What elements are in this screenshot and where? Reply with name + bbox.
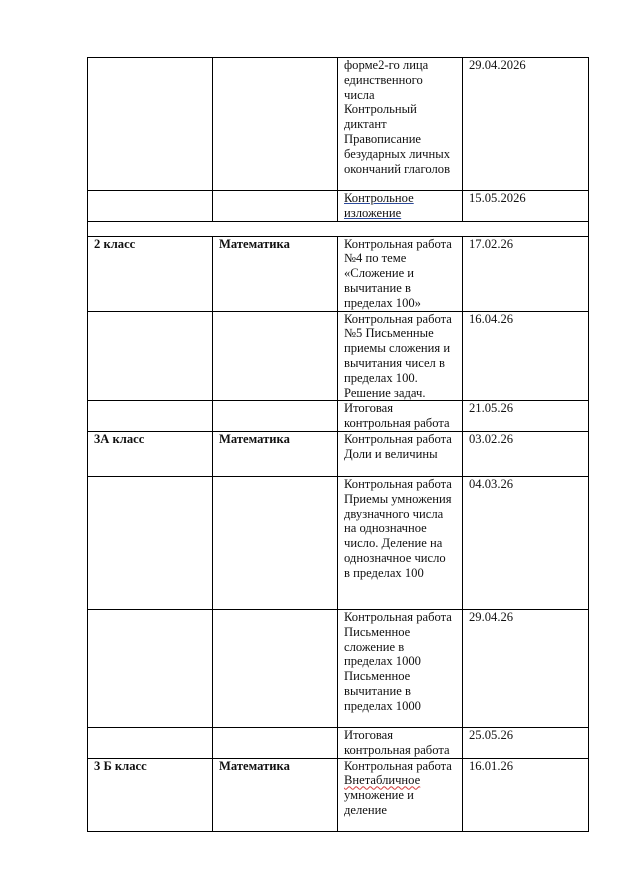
work-cell: Итоговая контрольная работа [338,401,463,432]
work-line: вычитания чисел в [344,356,456,371]
work-line: Приемы умножения [344,492,456,507]
work-line: числа [344,88,456,103]
work-line: вычитание в [344,684,456,699]
date-cell: 29.04.2026 [463,58,589,191]
work-cell: форме2-го лица единственного числа Контр… [338,58,463,191]
work-line: окончаний глаголов [344,162,456,177]
date-cell: 03.02.26 [463,431,589,476]
work-line: Правописание [344,132,456,147]
document-page: форме2-го лица единственного числа Контр… [0,0,629,891]
work-line: Контрольная работа [344,477,456,492]
table-row: Контрольная работа Письменное сложение в… [88,609,589,727]
date-cell: 25.05.26 [463,727,589,758]
work-cell: Контрольная работа №5 Письменные приемы … [338,311,463,401]
work-line: число. Деление на [344,536,456,551]
work-line: диктант [344,117,456,132]
subject-cell [213,401,338,432]
work-cell: Контрольное изложение [338,191,463,222]
work-line: Контрольная работа [344,312,456,327]
work-line: контрольная работа [344,416,456,431]
table-row: Контрольная работа №5 Письменные приемы … [88,311,589,401]
date-cell: 04.03.26 [463,476,589,609]
work-line: №4 по теме [344,251,456,266]
work-cell: Контрольная работа Внетабличное умножени… [338,758,463,831]
test-schedule-table: форме2-го лица единственного числа Контр… [87,57,589,832]
date-cell: 17.02.26 [463,236,589,311]
work-line: Итоговая [344,728,456,743]
work-line: пределах 1000 [344,654,456,669]
class-cell [88,191,213,222]
table-row: 2 класс Математика Контрольная работа №4… [88,236,589,311]
work-cell: Контрольная работа Приемы умножения двуз… [338,476,463,609]
work-line: сложение в [344,640,456,655]
class-cell: 2 класс [88,236,213,311]
work-line: «Сложение и [344,266,456,281]
work-line: пределах 100. [344,371,456,386]
work-line: Решение задач. [344,386,456,401]
work-line: Доли и величины [344,447,456,462]
subject-cell: Математика [213,431,338,476]
work-cell: Контрольная работа Письменное сложение в… [338,609,463,727]
work-cell: Контрольная работа №4 по теме «Сложение … [338,236,463,311]
date-cell: 29.04.26 [463,609,589,727]
class-cell [88,476,213,609]
work-line: единственного [344,73,456,88]
work-line-link[interactable]: изложение [344,206,456,221]
table-row: Контрольное изложение 15.05.2026 [88,191,589,222]
work-cell: Итоговая контрольная работа [338,727,463,758]
work-line-misspelled: Внетабличное [344,773,456,788]
work-line: Контрольный [344,102,456,117]
class-cell [88,727,213,758]
work-line: в пределах 100 [344,566,456,581]
work-line: на однозначное [344,521,456,536]
class-cell [88,58,213,191]
work-line: приемы сложения и [344,341,456,356]
subject-cell: Математика [213,758,338,831]
work-line: деление [344,803,456,818]
work-line: умножение и [344,788,456,803]
work-line: Контрольная работа [344,237,456,252]
subject-cell: Математика [213,236,338,311]
subject-cell [213,609,338,727]
table-row: Итоговая контрольная работа 21.05.26 [88,401,589,432]
table-row: форме2-го лица единственного числа Контр… [88,58,589,191]
work-line: Итоговая [344,401,456,416]
class-cell [88,401,213,432]
table-row: Контрольная работа Приемы умножения двуз… [88,476,589,609]
work-line: однозначное число [344,551,456,566]
work-line: двузначного числа [344,507,456,522]
work-line: №5 Письменные [344,326,456,341]
work-line: Письменное [344,625,456,640]
class-cell [88,609,213,727]
class-cell: 3А класс [88,431,213,476]
table-row: Итоговая контрольная работа 25.05.26 [88,727,589,758]
date-cell: 21.05.26 [463,401,589,432]
work-line: пределах 100» [344,296,456,311]
subject-cell [213,476,338,609]
table-row: 3А класс Математика Контрольная работа Д… [88,431,589,476]
work-line: Контрольная работа [344,432,456,447]
date-cell: 15.05.2026 [463,191,589,222]
subject-cell [213,191,338,222]
date-cell: 16.01.26 [463,758,589,831]
subject-cell [213,58,338,191]
work-line-link[interactable]: Контрольное [344,191,456,206]
date-cell: 16.04.26 [463,311,589,401]
subject-cell [213,727,338,758]
work-line: контрольная работа [344,743,456,758]
work-line: Контрольная работа [344,610,456,625]
separator-cell [88,221,589,236]
class-cell [88,311,213,401]
work-line: пределах 1000 [344,699,456,714]
work-line: форме2-го лица [344,58,456,73]
work-line: безударных личных [344,147,456,162]
work-line: Контрольная работа [344,759,456,774]
separator-row [88,221,589,236]
work-line: вычитание в [344,281,456,296]
subject-cell [213,311,338,401]
work-cell: Контрольная работа Доли и величины [338,431,463,476]
class-cell: 3 Б класс [88,758,213,831]
table-row: 3 Б класс Математика Контрольная работа … [88,758,589,831]
work-line: Письменное [344,669,456,684]
